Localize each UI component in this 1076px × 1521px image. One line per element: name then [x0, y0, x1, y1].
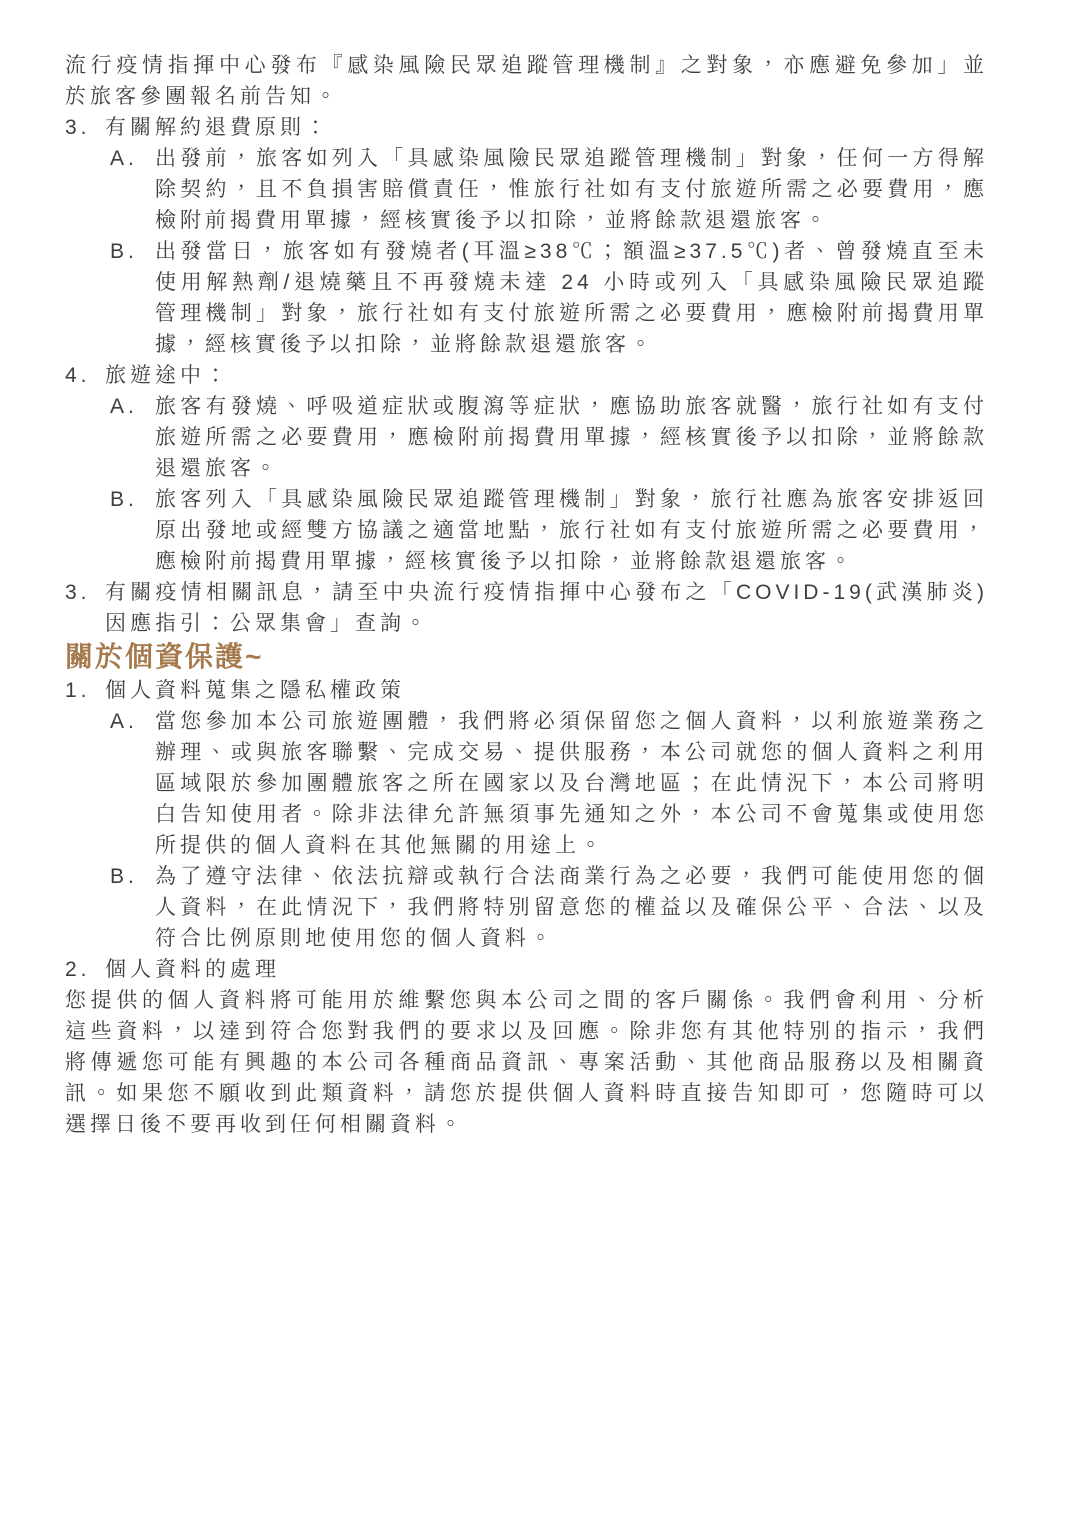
item-title: 旅遊途中：	[105, 360, 988, 391]
subitem-trip-a: A. 旅客有發燒、呼吸道症狀或腹瀉等症狀，應協助旅客就醫，旅行社如有支付旅遊所需…	[110, 391, 988, 484]
subitem-text: 出發當日，旅客如有發燒者(耳溫≥38℃；額溫≥37.5℃)者、曾發燒直至未使用解…	[155, 236, 988, 360]
intro-continuation-paragraph: 流行疫情指揮中心發布『感染風險民眾追蹤管理機制』之對象，亦應避免參加」並於旅客參…	[65, 50, 988, 112]
item-title: 有關解約退費原則：	[105, 112, 988, 143]
item-number: 2.	[65, 954, 105, 985]
subitem-text: 出發前，旅客如列入「具感染風險民眾追蹤管理機制」對象，任何一方得解除契約，且不負…	[155, 143, 988, 236]
list-item-epidemic-info: 3. 有關疫情相關訊息，請至中央流行疫情指揮中心發布之「COVID-19(武漢肺…	[65, 577, 988, 639]
item-title: 個人資料的處理	[105, 954, 988, 985]
item-number: 1.	[65, 675, 105, 706]
subitem-privacy-a: A. 當您參加本公司旅遊團體，我們將必須保留您之個人資料，以利旅遊業務之辦理、或…	[110, 706, 988, 861]
subitem-refund-a: A. 出發前，旅客如列入「具感染風險民眾追蹤管理機制」對象，任何一方得解除契約，…	[110, 143, 988, 236]
list-item-privacy-policy: 1. 個人資料蒐集之隱私權政策	[65, 675, 988, 706]
subitem-text: 當您參加本公司旅遊團體，我們將必須保留您之個人資料，以利旅遊業務之辦理、或與旅客…	[155, 706, 988, 861]
item-number: 4.	[65, 360, 105, 391]
subitem-letter: A.	[110, 143, 155, 174]
subitem-text: 為了遵守法律、依法抗辯或執行合法商業行為之必要，我們可能使用您的個人資料，在此情…	[155, 861, 988, 954]
subitem-trip-b: B. 旅客列入「具感染風險民眾追蹤管理機制」對象，旅行社應為旅客安排返回原出發地…	[110, 484, 988, 577]
item-title: 個人資料蒐集之隱私權政策	[105, 675, 988, 706]
list-item-refund-policy: 3. 有關解約退費原則：	[65, 112, 988, 143]
privacy-section-heading: 關於個資保護~	[65, 639, 988, 675]
subitem-letter: B.	[110, 861, 155, 892]
subitem-letter: B.	[110, 236, 155, 267]
subitem-letter: A.	[110, 391, 155, 422]
list-item-data-handling: 2. 個人資料的處理	[65, 954, 988, 985]
list-item-during-trip: 4. 旅遊途中：	[65, 360, 988, 391]
subitem-text: 旅客列入「具感染風險民眾追蹤管理機制」對象，旅行社應為旅客安排返回原出發地或經雙…	[155, 484, 988, 577]
data-handling-paragraph: 您提供的個人資料將可能用於維繫您與本公司之間的客戶關係。我們會利用、分析這些資料…	[65, 985, 988, 1140]
item-number: 3.	[65, 112, 105, 143]
subitem-text: 旅客有發燒、呼吸道症狀或腹瀉等症狀，應協助旅客就醫，旅行社如有支付旅遊所需之必要…	[155, 391, 988, 484]
document-page: 流行疫情指揮中心發布『感染風險民眾追蹤管理機制』之對象，亦應避免參加」並於旅客參…	[0, 0, 1076, 1521]
item-number: 3.	[65, 577, 105, 608]
subitem-letter: B.	[110, 484, 155, 515]
item-title: 有關疫情相關訊息，請至中央流行疫情指揮中心發布之「COVID-19(武漢肺炎)因…	[105, 577, 988, 639]
subitem-refund-b: B. 出發當日，旅客如有發燒者(耳溫≥38℃；額溫≥37.5℃)者、曾發燒直至未…	[110, 236, 988, 360]
subitem-letter: A.	[110, 706, 155, 737]
subitem-privacy-b: B. 為了遵守法律、依法抗辯或執行合法商業行為之必要，我們可能使用您的個人資料，…	[110, 861, 988, 954]
